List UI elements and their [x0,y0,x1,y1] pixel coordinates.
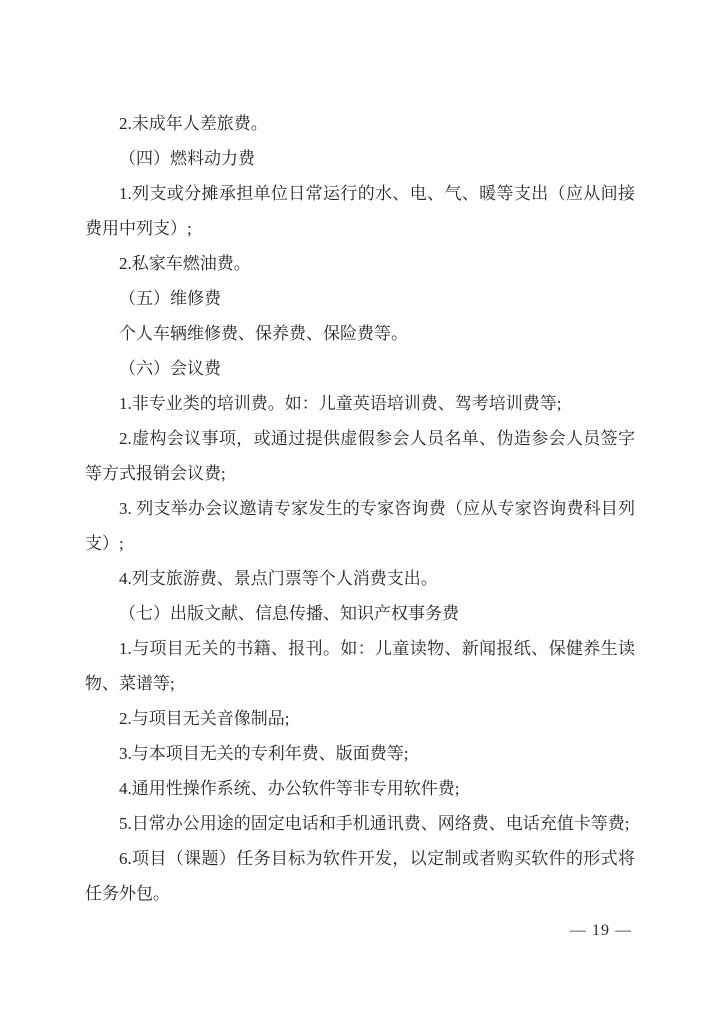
paragraph: 3. 列支举办会议邀请专家发生的专家咨询费（应从专家咨询费科目列支）; [85,491,635,561]
paragraph: 6.项目（课题）任务目标为软件开发，以定制或者购买软件的形式将任务外包。 [85,841,635,911]
page-number: — 19 — [570,913,632,948]
paragraph: 1.与项目无关的书籍、报刊。如：儿童读物、新闻报纸、保健养生读物、菜谱等; [85,631,635,701]
paragraph: （四）燃料动力费 [85,141,635,176]
paragraph: （五）维修费 [85,281,635,316]
paragraph: 3.与本项目无关的专利年费、版面费等; [85,736,635,771]
paragraph: 4.列支旅游费、景点门票等个人消费支出。 [85,561,635,596]
paragraph: （六）会议费 [85,351,635,386]
paragraph: 2.私家车燃油费。 [85,246,635,281]
document-page: 2.未成年人差旅费。 （四）燃料动力费 1.列支或分摊承担单位日常运行的水、电、… [0,0,720,1018]
paragraph: 个人车辆维修费、保养费、保险费等。 [85,316,635,351]
paragraph: （七）出版文献、信息传播、知识产权事务费 [85,596,635,631]
paragraph: 2.与项目无关音像制品; [85,701,635,736]
document-body: 2.未成年人差旅费。 （四）燃料动力费 1.列支或分摊承担单位日常运行的水、电、… [85,106,635,911]
paragraph: 1.非专业类的培训费。如：儿童英语培训费、驾考培训费等; [85,386,635,421]
paragraph: 2.未成年人差旅费。 [85,106,635,141]
paragraph: 1.列支或分摊承担单位日常运行的水、电、气、暖等支出（应从间接费用中列支）; [85,176,635,246]
paragraph: 2.虚构会议事项，或通过提供虚假参会人员名单、伪造参会人员签字等方式报销会议费; [85,421,635,491]
paragraph: 5.日常办公用途的固定电话和手机通讯费、网络费、电话充值卡等费; [85,806,635,841]
paragraph: 4.通用性操作系统、办公软件等非专用软件费; [85,771,635,806]
